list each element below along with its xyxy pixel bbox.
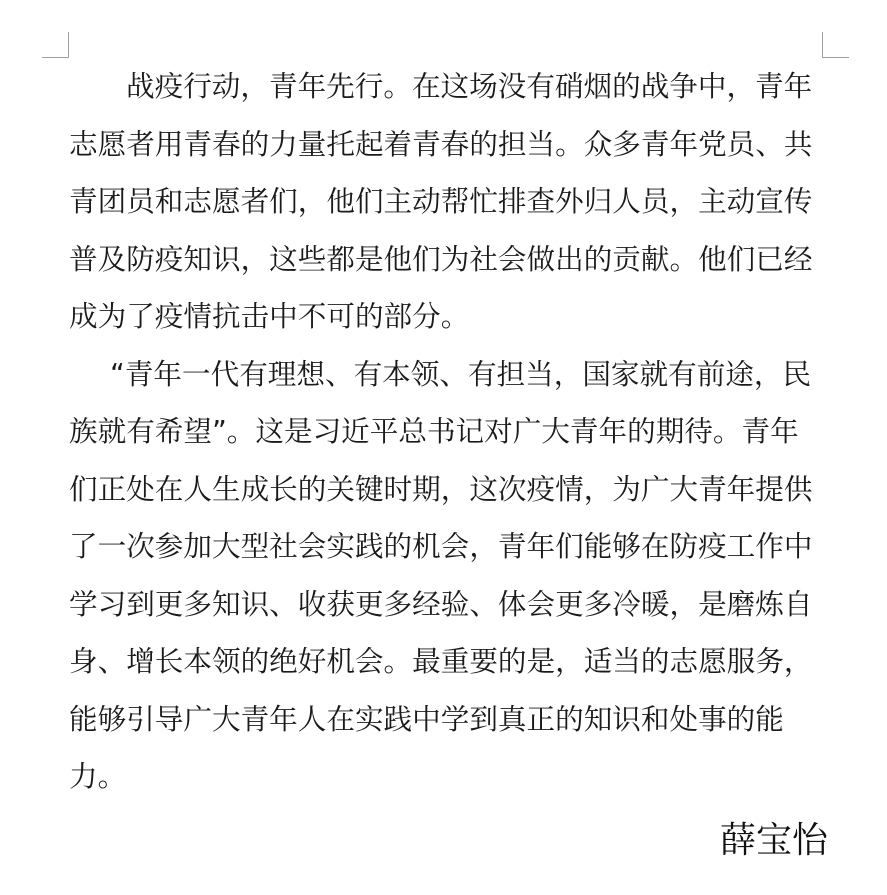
author-signature: 薛宝怡: [720, 812, 828, 863]
text-line: 战疫行动，青年先行。在这场没有硝烟的战争中，青年: [69, 64, 829, 122]
text-line: 普及防疫知识，这些都是他们为社会做出的贡献。他们已经: [69, 237, 829, 295]
paragraph-1: 战疫行动，青年先行。在这场没有硝烟的战争中，青年 志愿者用青春的力量托起着青春的…: [69, 64, 829, 352]
text-line: 们正处在人生成长的关键时期，这次疫情，为广大青年提供: [69, 467, 829, 525]
text-line: 身、增长本领的绝好机会。最重要的是，适当的志愿服务，: [69, 639, 829, 697]
document-body: 战疫行动，青年先行。在这场没有硝烟的战争中，青年 志愿者用青春的力量托起着青春的…: [69, 64, 829, 812]
page-corner-mark-right: [822, 32, 849, 58]
text-line: 力。: [69, 754, 829, 812]
text-line: 族就有希望”。这是习近平总书记对广大青年的期待。青年: [69, 409, 829, 467]
text-line: 能够引导广大青年人在实践中学到真正的知识和处事的能: [69, 697, 829, 755]
text-line: 青团员和志愿者们，他们主动帮忙排查外归人员，主动宣传: [69, 179, 829, 237]
page-corner-mark-left: [42, 32, 69, 58]
text-line: 学习到更多知识、收获更多经验、体会更多冷暖，是磨炼自: [69, 582, 829, 640]
paragraph-2: “青年一代有理想、有本领、有担当，国家就有前途，民 族就有希望”。这是习近平总书…: [69, 352, 829, 812]
text-line: 了一次参加大型社会实践的机会，青年们能够在防疫工作中: [69, 524, 829, 582]
text-line: 成为了疫情抗击中不可的部分。: [69, 294, 829, 352]
text-line: 志愿者用青春的力量托起着青春的担当。众多青年党员、共: [69, 122, 829, 180]
text-line: “青年一代有理想、有本领、有担当，国家就有前途，民: [69, 352, 829, 410]
